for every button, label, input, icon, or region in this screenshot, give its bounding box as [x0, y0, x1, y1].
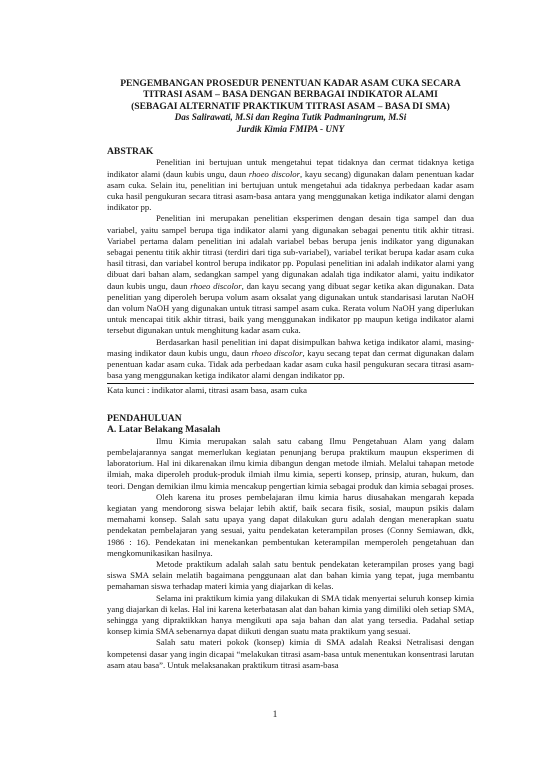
body-paragraph: Salah satu materi pokok (konsep) kimia d…	[107, 637, 474, 671]
section-heading: PENDAHULUAN	[107, 413, 474, 424]
keywords: Kata kunci : indikator alami, titrasi as…	[107, 385, 474, 396]
title-line: PENGEMBANGAN PROSEDUR PENENTUAN KADAR AS…	[107, 78, 474, 89]
abstract-heading: ABSTRAK	[107, 146, 474, 157]
abstract-paragraph: Penelitian ini bertujuan untuk mengetahu…	[107, 157, 474, 213]
body-paragraph: Metode praktikum adalah salah satu bentu…	[107, 559, 474, 593]
abstract-body: Penelitian ini bertujuan untuk mengetahu…	[107, 157, 474, 383]
title-line: (SEBAGAI ALTERNATIF PRAKTIKUM TITRASI AS…	[107, 101, 474, 112]
document-page: PENGEMBANGAN PROSEDUR PENENTUAN KADAR AS…	[107, 78, 474, 671]
authors: Das Salirawati, M.Si dan Regina Tutik Pa…	[107, 112, 474, 123]
affiliation: Jurdik Kimia FMIPA - UNY	[107, 124, 474, 135]
body-paragraph: Oleh karena itu proses pembelajaran ilmu…	[107, 492, 474, 559]
abstract-paragraph: Berdasarkan hasil penelitian ini dapat d…	[107, 337, 474, 382]
body-paragraph: Selama ini praktikum kimia yang dilakuka…	[107, 593, 474, 638]
paper-title: PENGEMBANGAN PROSEDUR PENENTUAN KADAR AS…	[107, 78, 474, 112]
body-paragraph: Ilmu Kimia merupakan salah satu cabang I…	[107, 436, 474, 492]
abstract-paragraph: Penelitian ini merupakan penelitian eksp…	[107, 213, 474, 336]
subsection-heading: A. Latar Belakang Masalah	[107, 424, 474, 435]
title-line: TITRASI ASAM – BASA DENGAN BERBAGAI INDI…	[107, 89, 474, 100]
page-number: 1	[0, 710, 550, 720]
